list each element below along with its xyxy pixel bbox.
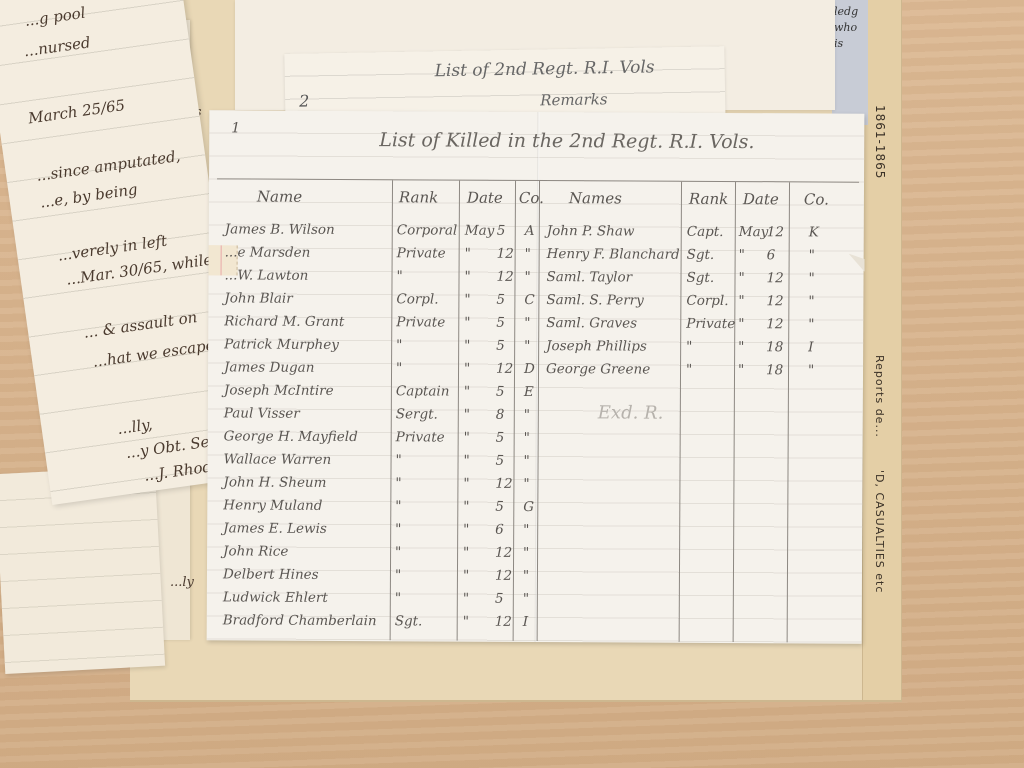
table-row: Joseph Phillips""18I	[538, 336, 858, 361]
cell-rank: "	[395, 498, 401, 514]
letter-line: March 25/65	[27, 96, 126, 127]
cell-rank: "	[686, 362, 692, 378]
cell-name: Joseph Phillips	[546, 338, 647, 355]
cell-month: "	[463, 568, 469, 584]
cell-month: "	[464, 407, 470, 423]
cell-co: "	[524, 407, 530, 423]
blue-paper-snippet: ledg who is	[832, 0, 868, 125]
cell-month: "	[739, 247, 745, 263]
cell-day: 12	[766, 270, 783, 286]
cell-name: Paul Visser	[224, 405, 300, 421]
cell-co: "	[524, 430, 530, 446]
back-page-title: List of 2nd Regt. R.I. Vols	[434, 57, 654, 81]
cell-month: May	[739, 224, 769, 240]
cell-day: 12	[497, 246, 514, 262]
cell-co: "	[808, 270, 814, 286]
cell-rank: "	[396, 337, 402, 353]
table-row: James B. WilsonCorporalMay5A	[217, 219, 547, 244]
letter-line: ... & assault on	[82, 308, 198, 342]
table-row: ...W. Lawton""12"	[216, 265, 546, 290]
header-name: Name	[257, 188, 302, 206]
cell-name: ...e Marsden	[225, 244, 311, 260]
cell-co: "	[524, 338, 530, 354]
cell-month: "	[465, 246, 471, 262]
table-row: Saml. S. PerryCorpl."12"	[538, 290, 858, 315]
cell-co: G	[523, 499, 534, 515]
table-row: Joseph McIntireCaptain"5E	[216, 380, 546, 405]
table-header: Name Rank Date Co.	[217, 179, 547, 217]
cell-co: "	[524, 315, 530, 331]
cell-month: "	[463, 522, 469, 538]
cell-day: 12	[766, 316, 783, 332]
cell-rank: Private	[396, 314, 445, 330]
cell-name: Henry Muland	[223, 497, 322, 514]
cell-day: 12	[495, 545, 512, 561]
cell-month: "	[464, 453, 470, 469]
cell-name: Henry F. Blanchard	[547, 246, 680, 263]
cell-rank: "	[395, 567, 401, 583]
sheet-title: List of Killed in the 2nd Regt. R.I. Vol…	[379, 129, 754, 153]
cell-month: "	[463, 591, 469, 607]
cell-co: "	[809, 247, 815, 263]
cell-name: James E. Lewis	[223, 520, 327, 537]
table-row: Henry F. BlanchardSgt."6"	[539, 244, 859, 269]
cell-month: "	[464, 269, 470, 285]
table-row: Delbert Hines""12"	[215, 564, 545, 589]
cell-month: "	[464, 338, 470, 354]
cell-name: Saml. S. Perry	[546, 292, 643, 309]
cell-day: 12	[767, 224, 784, 240]
table-row: James Dugan""12D	[216, 357, 546, 382]
cell-name: Patrick Murphey	[224, 336, 339, 353]
cell-rank: "	[395, 590, 401, 606]
table-row: John Rice""12"	[215, 541, 545, 566]
cell-co: K	[809, 224, 819, 240]
letter-line: ...e, by being	[39, 180, 139, 211]
folder-label-years: 1861-1865	[873, 105, 887, 179]
cell-name: John P. Shaw	[547, 223, 635, 239]
cell-name: George H. Mayfield	[224, 428, 358, 445]
cell-co: C	[524, 292, 534, 308]
cell-name: James Dugan	[224, 359, 314, 375]
cell-day: 6	[767, 247, 776, 263]
cell-co: E	[524, 384, 534, 400]
table-row: ...e MarsdenPrivate"12"	[217, 242, 547, 267]
letter-line: ...hat we escaped	[92, 335, 225, 371]
table-row: Bradford ChamberlainSgt."12I	[215, 610, 545, 635]
cell-name: James B. Wilson	[225, 221, 335, 238]
table-row: John P. ShawCapt.May12K	[539, 221, 859, 246]
letter-line: ...g pool	[24, 4, 87, 30]
cell-rank: "	[686, 339, 692, 355]
cell-co: "	[523, 545, 529, 561]
cell-name: ...W. Lawton	[224, 267, 308, 283]
cell-rank: "	[395, 521, 401, 537]
cell-name: John H. Sheum	[223, 474, 326, 491]
cell-day: 12	[495, 568, 512, 584]
cell-name: Wallace Warren	[224, 451, 332, 468]
cell-rank: Capt.	[687, 224, 724, 240]
snippet-line: ledg	[834, 4, 866, 20]
cell-co: "	[808, 362, 814, 378]
page-number: 2	[299, 91, 310, 110]
cell-day: 5	[495, 591, 504, 607]
table-header: Names Rank Date Co.	[539, 181, 859, 219]
cell-rank: Corpl.	[396, 291, 438, 307]
cell-day: 18	[766, 362, 783, 378]
cell-month: "	[463, 545, 469, 561]
snippet-line: is	[834, 36, 866, 52]
cell-name: Saml. Graves	[546, 315, 637, 331]
table-row: George Greene""18"	[538, 359, 858, 384]
cell-name: Bradford Chamberlain	[223, 612, 377, 629]
table-row: John BlairCorpl."5C	[216, 288, 546, 313]
cell-day: 5	[496, 384, 505, 400]
cell-rank: Captain	[396, 383, 450, 399]
cell-month: "	[464, 430, 470, 446]
cell-co: "	[523, 591, 529, 607]
cell-name: Saml. Taylor	[546, 269, 632, 285]
folder-label-title: Reports de...	[873, 355, 886, 438]
cell-day: 12	[495, 614, 512, 630]
table-row: Saml. GravesPrivate"12"	[538, 313, 858, 338]
cell-month: "	[738, 339, 744, 355]
cell-co: A	[525, 223, 535, 239]
cell-rank: Sergt.	[396, 406, 438, 422]
cell-day: 6	[495, 522, 504, 538]
cell-month: "	[463, 476, 469, 492]
cell-co: "	[808, 293, 814, 309]
cell-name: Richard M. Grant	[224, 313, 344, 330]
cell-day: 12	[496, 269, 513, 285]
cell-co: "	[808, 316, 814, 332]
cell-month: "	[738, 270, 744, 286]
cell-day: 5	[495, 499, 504, 515]
cell-month: "	[738, 293, 744, 309]
folder-label-subtitle: 'D, CASUALTIES etc	[873, 470, 886, 593]
cell-rank: "	[396, 360, 402, 376]
page-number: 1	[231, 120, 240, 136]
header-rank: Rank	[399, 188, 438, 206]
cell-name: John Rice	[223, 543, 288, 559]
cell-month: "	[463, 499, 469, 515]
right-casualty-table: Names Rank Date Co. John P. ShawCapt.May…	[537, 180, 859, 643]
cell-month: "	[464, 361, 470, 377]
cell-co: "	[524, 453, 530, 469]
cell-co: "	[525, 246, 531, 262]
cell-co: I	[808, 339, 813, 355]
cell-rank: Sgt.	[395, 613, 423, 629]
remarks-header: Remarks	[540, 90, 608, 109]
table-row: James E. Lewis""6"	[215, 518, 545, 543]
header-date: Date	[467, 189, 503, 207]
cell-day: 5	[496, 292, 505, 308]
letter-line: ...nursed	[23, 33, 92, 60]
cell-rank: "	[395, 475, 401, 491]
left-casualty-table: Name Rank Date Co. James B. WilsonCorpor…	[215, 178, 547, 641]
cell-month: "	[738, 362, 744, 378]
cell-rank: Corpl.	[686, 293, 728, 309]
cell-rank: "	[396, 452, 402, 468]
cell-month: "	[464, 315, 470, 331]
cell-month: "	[463, 614, 469, 630]
table-row: Patrick Murphey""5"	[216, 334, 546, 359]
cell-month: May	[465, 223, 495, 239]
snippet-line: who	[834, 20, 866, 36]
cell-rank: Private	[396, 429, 445, 445]
cell-day: 5	[497, 223, 506, 239]
table-row: George H. MayfieldPrivate"5"	[216, 426, 546, 451]
letter-line: ...since amputated,	[35, 147, 181, 185]
cell-rank: Sgt.	[686, 270, 714, 286]
table-row: Saml. TaylorSgt."12"	[538, 267, 858, 292]
cell-name: Joseph McIntire	[224, 382, 334, 399]
cell-co: "	[523, 522, 529, 538]
cell-co: "	[524, 269, 530, 285]
letter-line: ...lly,	[116, 415, 153, 438]
cell-co: "	[523, 476, 529, 492]
table-row: Ludwick Ehlert""5"	[215, 587, 545, 612]
header-name: Names	[569, 189, 622, 207]
cell-rank: "	[395, 544, 401, 560]
cell-day: 12	[766, 293, 783, 309]
header-date: Date	[743, 190, 779, 208]
table-row: Paul VisserSergt."8"	[216, 403, 546, 428]
cell-co: "	[523, 568, 529, 584]
killed-list-sheet: 1 List of Killed in the 2nd Regt. R.I. V…	[207, 110, 865, 643]
table-row: John H. Sheum""12"	[215, 472, 545, 497]
table-row: Richard M. GrantPrivate"5"	[216, 311, 546, 336]
table-row: Henry Muland""5G	[215, 495, 545, 520]
cell-name: Delbert Hines	[223, 566, 319, 583]
cell-day: 12	[495, 476, 512, 492]
cell-rank: Corporal	[397, 222, 458, 238]
cell-day: 12	[496, 361, 513, 377]
cell-month: "	[738, 316, 744, 332]
cell-day: 5	[496, 315, 505, 331]
header-company: Co.	[804, 190, 829, 208]
header-rank: Rank	[689, 190, 728, 208]
cell-day: 18	[766, 339, 783, 355]
cell-rank: "	[396, 268, 402, 284]
cell-day: 5	[496, 453, 505, 469]
cell-month: "	[464, 384, 470, 400]
cell-rank: Private	[397, 245, 446, 261]
table-row: Wallace Warren""5"	[215, 449, 545, 474]
cell-rank: Private	[686, 316, 735, 332]
cell-rank: Sgt.	[687, 247, 715, 263]
cell-day: 5	[496, 338, 505, 354]
faint-annotation: Exd. R.	[598, 402, 664, 423]
cell-name: John Blair	[224, 290, 292, 306]
cell-day: 5	[496, 430, 505, 446]
cell-co: I	[523, 614, 528, 630]
cell-name: Ludwick Ehlert	[223, 589, 328, 606]
cell-co: D	[524, 361, 535, 377]
strip-line: ...ly	[170, 575, 194, 590]
cell-month: "	[464, 292, 470, 308]
cell-day: 8	[496, 407, 505, 423]
cell-name: George Greene	[546, 361, 650, 378]
